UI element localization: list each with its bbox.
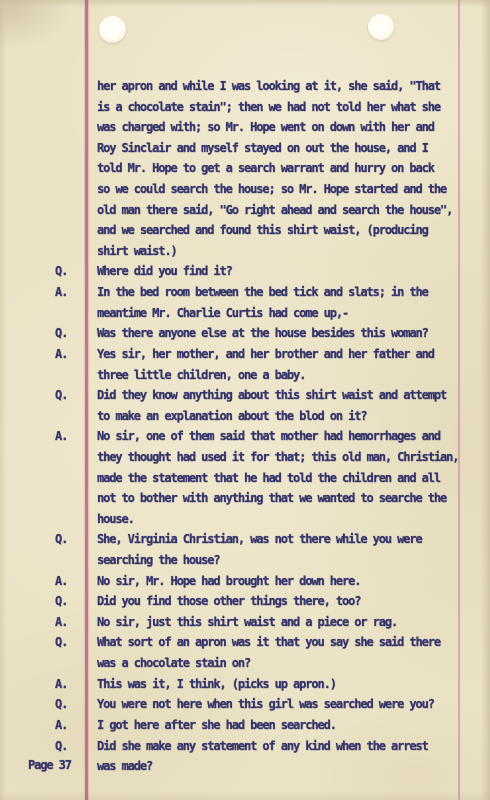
line-text: This was it, I think, (picks up apron.) [97, 677, 336, 691]
speaker-label: Q. [55, 635, 67, 649]
line-text: Did they know anything about this shirt … [97, 388, 446, 402]
speaker-label: A. [55, 677, 67, 691]
line-text: to make an explanation about the blod on… [97, 409, 366, 423]
line-text: You were not here when this girl was sea… [97, 697, 434, 711]
transcript-line: was made? [0, 759, 490, 780]
line-text: not to bother with anything that we want… [97, 491, 446, 505]
transcript-line: is a chocolate stain"; then we had not t… [0, 100, 490, 121]
line-text: No sir, just this shirt waist and a piec… [97, 615, 397, 629]
transcript-line: made the statement that he had told the … [0, 471, 490, 492]
line-text: was a chocolate stain on? [97, 656, 250, 670]
transcript-line: Q.Was there anyone else at the house bes… [0, 326, 490, 347]
transcript-line: Q.Did she make any statement of any kind… [0, 739, 490, 760]
transcript-line: A.I got here after she had been searched… [0, 718, 490, 739]
line-text: house. [97, 512, 134, 526]
transcript-line: Q.Did they know anything about this shir… [0, 388, 490, 409]
line-text: they thought had used it for that; this … [97, 450, 458, 464]
line-text: searching the house? [97, 553, 220, 567]
transcript-line: Q.She, Virginia Christian, was not there… [0, 532, 490, 553]
line-text: is a chocolate stain"; then we had not t… [97, 100, 440, 114]
line-text: told Mr. Hope to get a search warrant an… [97, 161, 434, 175]
line-text: her apron and while I was looking at it,… [97, 79, 440, 93]
transcript-line: shirt waist.) [0, 244, 490, 265]
speaker-label: Q. [55, 532, 67, 546]
transcript-body: her apron and while I was looking at it,… [0, 79, 490, 780]
transcript-line: Q.Did you find those other things there,… [0, 594, 490, 615]
line-text: Was there anyone else at the house besid… [97, 326, 428, 340]
scanned-transcript-screenshot: { "page": { "number_label": "Page 37", "… [0, 0, 490, 800]
line-text: She, Virginia Christian, was not there w… [97, 532, 422, 546]
speaker-label: Q. [55, 594, 67, 608]
speaker-label: Q. [55, 326, 67, 340]
line-text: old man there said, "Go right ahead and … [97, 203, 452, 217]
speaker-label: Q. [55, 388, 67, 402]
transcript-line: searching the house? [0, 553, 490, 574]
transcript-line: Roy Sinclair and myself stayed on out th… [0, 141, 490, 162]
speaker-label: A. [55, 429, 67, 443]
page-number: Page 37 [28, 758, 71, 772]
transcript-line: not to bother with anything that we want… [0, 491, 490, 512]
line-text: three little children, one a baby. [97, 368, 305, 382]
transcript-line: Q.You were not here when this girl was s… [0, 697, 490, 718]
transcript-line: told Mr. Hope to get a search warrant an… [0, 161, 490, 182]
line-text: shirt waist.) [97, 244, 177, 258]
transcript-line: was charged with; so Mr. Hope went on do… [0, 120, 490, 141]
transcript-line: A.This was it, I think, (picks up apron.… [0, 677, 490, 698]
line-text: Did she make any statement of any kind w… [97, 739, 428, 753]
transcript-line: to make an explanation about the blod on… [0, 409, 490, 430]
line-text: made the statement that he had told the … [97, 471, 440, 485]
speaker-label: Q. [55, 264, 67, 278]
transcript-line: house. [0, 512, 490, 533]
line-text: No sir, Mr. Hope had brought her down he… [97, 574, 360, 588]
speaker-label: A. [55, 718, 67, 732]
line-text: so we could search the house; so Mr. Hop… [97, 182, 446, 196]
line-text: was made? [97, 759, 152, 773]
transcript-line: Q.What sort of an apron was it that you … [0, 635, 490, 656]
line-text: was charged with; so Mr. Hope went on do… [97, 120, 434, 134]
transcript-line: A.In the bed room between the bed tick a… [0, 285, 490, 306]
transcript-line: so we could search the house; so Mr. Hop… [0, 182, 490, 203]
line-text: Roy Sinclair and myself stayed on out th… [97, 141, 428, 155]
transcript-line: old man there said, "Go right ahead and … [0, 203, 490, 224]
speaker-label: Q. [55, 739, 67, 753]
line-text: I got here after she had been searched. [97, 718, 336, 732]
transcript-line: was a chocolate stain on? [0, 656, 490, 677]
speaker-label: A. [55, 285, 67, 299]
speaker-label: A. [55, 615, 67, 629]
transcript-line: her apron and while I was looking at it,… [0, 79, 490, 100]
speaker-label: A. [55, 347, 67, 361]
line-text: and we searched and found this shirt wai… [97, 223, 428, 237]
line-text: What sort of an apron was it that you sa… [97, 635, 440, 649]
line-text: Where did you find it? [97, 264, 232, 278]
line-text: No sir, one of them said that mother had… [97, 429, 440, 443]
transcript-line: A.No sir, Mr. Hope had brought her down … [0, 574, 490, 595]
line-text: Yes sir, her mother, and her brother and… [97, 347, 434, 361]
speaker-label: A. [55, 574, 67, 588]
line-text: meantime Mr. Charlie Curtis had come up,… [97, 306, 348, 320]
punch-hole-left-icon [99, 16, 126, 43]
transcript-line: A.No sir, one of them said that mother h… [0, 429, 490, 450]
punch-hole-right-icon [368, 14, 394, 40]
transcript-line: A.No sir, just this shirt waist and a pi… [0, 615, 490, 636]
transcript-line: and we searched and found this shirt wai… [0, 223, 490, 244]
line-text: Did you find those other things there, t… [97, 594, 360, 608]
line-text: In the bed room between the bed tick and… [97, 285, 428, 299]
document-page: her apron and while I was looking at it,… [0, 0, 490, 800]
transcript-line: three little children, one a baby. [0, 368, 490, 389]
transcript-line: A.Yes sir, her mother, and her brother a… [0, 347, 490, 368]
speaker-label: Q. [55, 697, 67, 711]
transcript-line: meantime Mr. Charlie Curtis had come up,… [0, 306, 490, 327]
transcript-line: they thought had used it for that; this … [0, 450, 490, 471]
transcript-line: Q.Where did you find it? [0, 264, 490, 285]
